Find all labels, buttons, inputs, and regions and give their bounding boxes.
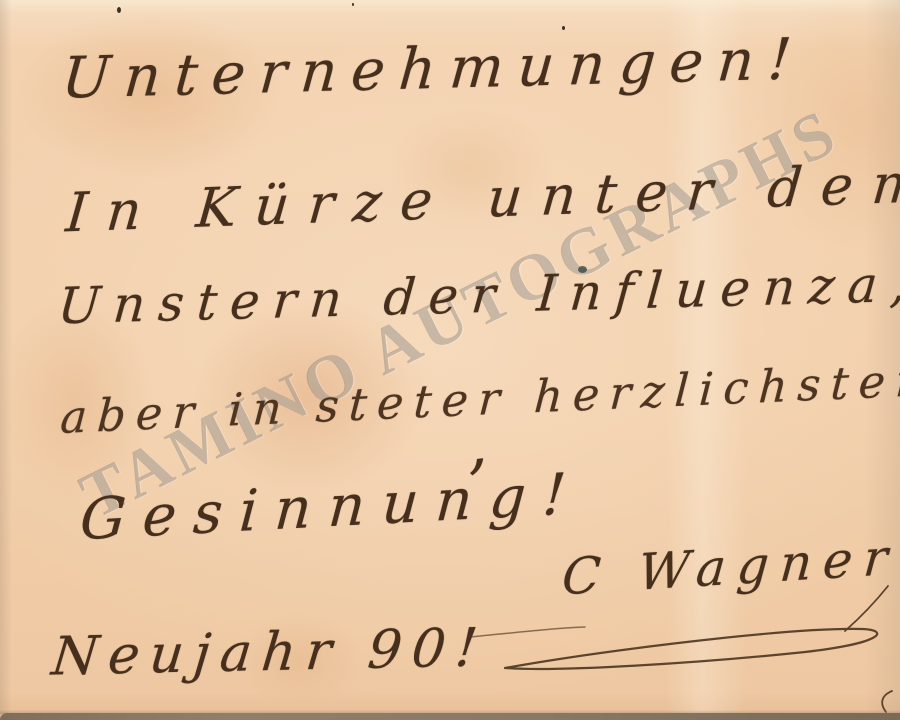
ink-blot [578, 266, 587, 273]
date-line: Neujahr 90! [49, 617, 490, 687]
handwriting-line-2: In Kürze unter dem [64, 151, 900, 245]
handwriting-line-1: Unternehmungen! [60, 26, 808, 112]
signature: C Wagner [560, 528, 900, 607]
ink-speck [117, 7, 121, 13]
autograph-note-scan: TAMINO AUTOGRAPHS Unternehmungen! In Kür… [0, 0, 900, 720]
ink-speck [352, 3, 354, 6]
handwriting-line-3: Unstern der Influenza, [56, 255, 900, 336]
ink-speck [562, 26, 565, 30]
scan-bottom-edge [0, 713, 900, 720]
